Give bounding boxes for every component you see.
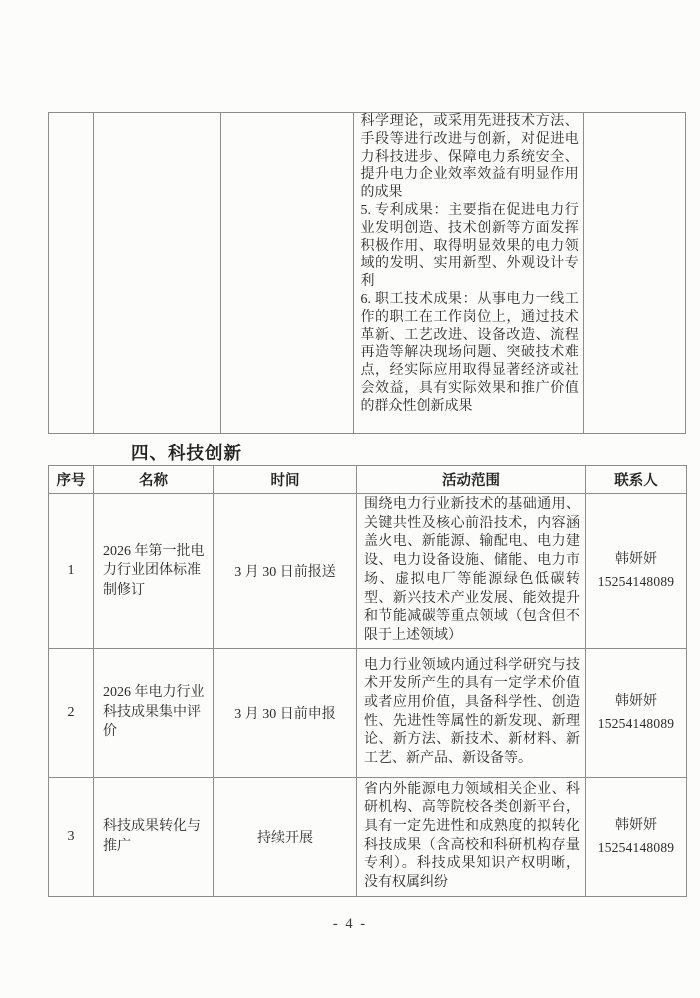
cell-contact: 韩妍妍 15254148089 [586,648,687,777]
cell-time: 3 月 30 日前报送 [214,494,357,649]
table-row: 1 2026 年第一批电力行业团体标准制修订 3 月 30 日前报送 围绕电力行… [49,494,687,649]
continuation-cell-contact [583,113,685,434]
column-header-no: 序号 [49,466,94,494]
contact-name: 韩妍妍 [586,549,686,571]
section-heading: 四、科技创新 [131,440,242,465]
continuation-cell-no [49,113,94,434]
cell-contact: 韩妍妍 15254148089 [586,494,687,649]
table-header-row: 序号 名称 时间 活动范围 联系人 [49,466,687,494]
contact-phone: 15254148089 [586,837,686,859]
cell-scope: 省内外能源电力领域相关企业、科研机构、高等院校各类创新平台，具有一定先进性和成熟… [357,777,586,896]
cell-contact: 韩妍妍 15254148089 [586,777,687,896]
column-header-time: 时间 [214,466,357,494]
continuation-cell-name [94,113,221,434]
contact-phone: 15254148089 [586,713,686,735]
cell-name: 2026 年第一批电力行业团体标准制修订 [94,494,214,649]
document-page: 科学理论，或采用先进技术方法、手段等进行改进与创新，对促进电力科技进步、保障电力… [0,0,700,998]
table-row: 2 2026 年电力行业科技成果集中评价 3 月 30 日前申报 电力行业领域内… [49,648,687,777]
continuation-cell-time [221,113,354,434]
column-header-contact: 联系人 [586,466,687,494]
cell-name: 科技成果转化与推广 [94,777,214,896]
table-row: 3 科技成果转化与推广 持续开展 省内外能源电力领域相关企业、科研机构、高等院校… [49,777,687,896]
table-row: 科学理论，或采用先进技术方法、手段等进行改进与创新，对促进电力科技进步、保障电力… [49,113,686,434]
cell-no: 2 [49,648,94,777]
column-header-scope: 活动范围 [357,466,586,494]
contact-phone: 15254148089 [586,571,686,593]
page-number: - 4 - [0,916,700,933]
cell-scope: 围绕电力行业新技术的基础通用、关键共性及核心前沿技术，内容涵盖火电、新能源、输配… [357,494,586,649]
cell-time: 3 月 30 日前申报 [214,648,357,777]
cell-scope: 电力行业领域内通过科学研究与技术开发所产生的具有一定学术价值或者应用价值，具备科… [357,648,586,777]
cell-no: 3 [49,777,94,896]
contact-name: 韩妍妍 [586,815,686,837]
continuation-table: 科学理论，或采用先进技术方法、手段等进行改进与创新，对促进电力科技进步、保障电力… [48,112,686,434]
cell-time: 持续开展 [214,777,357,896]
activity-table: 序号 名称 时间 活动范围 联系人 1 2026 年第一批电力行业团体标准制修订… [48,465,687,897]
continuation-paragraph: 6. 职工技术成果：从事电力一线工作的职工在工作岗位上，通过技术革新、工艺改进、… [360,291,578,416]
cell-no: 1 [49,494,94,649]
column-header-name: 名称 [94,466,214,494]
continuation-paragraph: 5. 专利成果：主要指在促进电力行业发明创造、技术创新等方面发挥积极作用、取得明… [360,202,578,291]
continuation-paragraph: 科学理论，或采用先进技术方法、手段等进行改进与创新，对促进电力科技进步、保障电力… [360,113,578,202]
cell-name: 2026 年电力行业科技成果集中评价 [94,648,214,777]
continuation-cell-scope: 科学理论，或采用先进技术方法、手段等进行改进与创新，对促进电力科技进步、保障电力… [354,113,583,434]
contact-name: 韩妍妍 [586,691,686,713]
